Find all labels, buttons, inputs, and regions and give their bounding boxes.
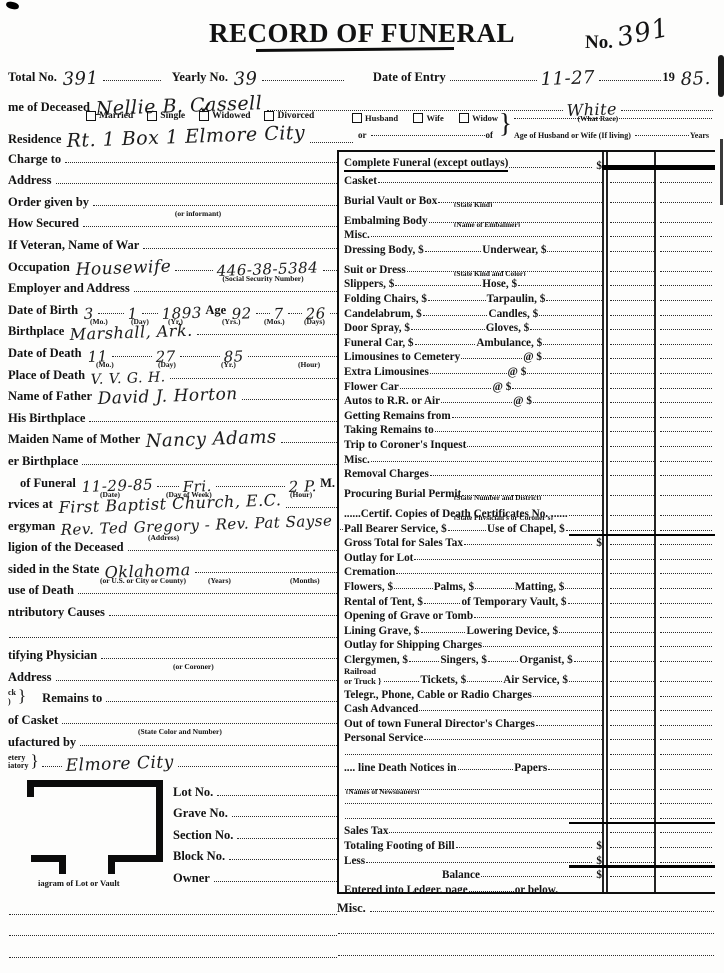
checkbox-wife: Wife xyxy=(413,113,443,123)
scan-artifact xyxy=(720,139,723,205)
brace: } xyxy=(499,108,512,139)
charge-label: Totaling Footing of Bill xyxy=(344,840,455,852)
field-date-of-birth: Date of Birth 3 1 1893 Age 92 7 26 (Mo.)… xyxy=(8,301,338,323)
dotted-leader xyxy=(394,588,433,589)
checkbox-label: Husband xyxy=(365,113,398,123)
stacked-label: Railroador Truck } xyxy=(344,667,381,686)
amount-cell xyxy=(660,329,712,330)
charge-label: Tickets, $ xyxy=(420,674,466,686)
charge-row: Limousines to Cemetery@ $ xyxy=(344,349,715,364)
dotted-leader xyxy=(103,80,161,81)
charge-label-area: Funeral Car, $Ambulance, $ xyxy=(344,337,607,349)
blank-dotted-line xyxy=(8,625,338,647)
field-label: Remains to xyxy=(42,691,102,706)
diagram-line xyxy=(27,780,163,787)
dotted-leader xyxy=(456,847,593,848)
charge-label-area: Flowers, $Palms, $Matting, $ xyxy=(344,581,607,593)
amount-cell xyxy=(660,681,712,682)
dotted-leader xyxy=(488,661,518,662)
entry-row: Total No. 391 Yearly No. 39 Date of Entr… xyxy=(8,58,714,85)
dotted-leader xyxy=(461,358,522,359)
field-employer-address: Employer and Address xyxy=(8,280,338,302)
field-label: Address xyxy=(8,670,52,685)
dotted-leader xyxy=(467,681,502,682)
charge-label: Complete Funeral (except outlays) xyxy=(344,157,508,172)
amount-cell xyxy=(610,315,654,316)
amount-cell xyxy=(660,202,712,203)
field-label: Misc. xyxy=(337,901,366,916)
charge-label-area: Flower Car@ $ xyxy=(344,381,607,393)
amount-cell xyxy=(610,681,654,682)
charge-label-area: Door Spray, $Gloves, $ xyxy=(344,322,607,334)
checkbox-icon xyxy=(459,113,469,123)
dotted-leader xyxy=(389,832,604,833)
charge-label: Outlay for Lot xyxy=(344,552,413,564)
dotted-leader xyxy=(533,696,604,697)
ruled-total-line xyxy=(602,165,715,170)
amount-cell xyxy=(610,573,654,574)
amount-cell xyxy=(660,661,712,662)
dotted-leader xyxy=(98,313,124,314)
charge-sublabel: (State Kind) xyxy=(454,200,492,207)
charge-row: Less$ xyxy=(344,852,715,867)
dotted-leader xyxy=(9,637,337,638)
charge-row: Flower Car@ $ xyxy=(344,378,715,393)
dotted-leader xyxy=(395,285,481,286)
amount-cell xyxy=(610,358,654,359)
charge-row: ......Certif. Copies of Death Certificat… xyxy=(344,500,715,520)
charge-label: Sales Tax xyxy=(344,825,388,837)
dotted-leader xyxy=(310,142,353,143)
dotted-leader xyxy=(452,417,604,418)
dotted-leader xyxy=(415,344,476,345)
amount-cell xyxy=(610,475,654,476)
amount-cell xyxy=(610,847,654,848)
amount-cell xyxy=(660,300,712,301)
amount-cell xyxy=(610,789,654,790)
charge-label: Cremation xyxy=(344,566,395,578)
dotted-leader xyxy=(217,795,337,796)
field-label: Place of Death xyxy=(8,368,85,383)
yearly-no-handwriting: 39 xyxy=(233,70,258,89)
blank-dotted-line xyxy=(337,921,715,943)
charge-label: Limousines to Cemetery xyxy=(344,351,460,363)
charge-label: Dressing Body, $ xyxy=(344,244,424,256)
charge-label-area: Suit or Dress(State Kind and Color) xyxy=(344,264,607,276)
charge-label: Misc. xyxy=(344,454,370,466)
amount-cell xyxy=(610,251,654,252)
charge-label: Balance xyxy=(442,869,480,881)
charge-label: Gross Total for Sales Tax xyxy=(344,537,463,549)
amount-cell xyxy=(610,632,654,633)
charge-row xyxy=(344,808,715,823)
charge-row: Opening of Grave or Tomb xyxy=(344,608,715,623)
charge-label: Taking Remains to xyxy=(344,424,434,436)
dotted-leader xyxy=(9,957,337,958)
amount-cell xyxy=(660,285,712,286)
dotted-leader xyxy=(371,461,604,462)
amount-cell xyxy=(660,818,712,819)
dotted-leader xyxy=(548,769,604,770)
charge-label: Opening of Grave or Tomb xyxy=(344,610,473,622)
amount-cell xyxy=(660,544,712,545)
amount-cell xyxy=(660,315,712,316)
charge-label: Flowers, $ xyxy=(344,581,393,593)
dotted-leader xyxy=(345,754,604,755)
charge-row xyxy=(344,794,715,809)
charge-label-area: Totaling Footing of Bill$ xyxy=(344,840,607,852)
charge-label: Flower Car xyxy=(344,381,399,393)
field-label: tifying Physician xyxy=(8,648,97,663)
charge-label-area: Cremation xyxy=(344,566,607,578)
charge-row: Embalming Body(Name of Embalmer) xyxy=(344,207,715,227)
amount-cell xyxy=(610,661,654,662)
charge-row: Lining Grave, $Lowering Device, $ xyxy=(344,622,715,637)
field-clergyman: ergyman Rev. Ted Gregory - Rev. Pat Says… xyxy=(8,517,338,539)
field-date-of-funeral: of Funeral 11-29-85 Fri. 2 P. M. (Date) … xyxy=(8,474,338,496)
dotted-leader xyxy=(216,486,284,487)
dotted-leader xyxy=(569,681,604,682)
charge-sublabel: (Name of Embalmer) xyxy=(454,220,520,227)
amount-cell xyxy=(660,417,712,418)
field-label: Lot No. xyxy=(173,785,213,800)
date-of-entry-handwriting: 11-27 xyxy=(540,69,595,89)
amount-cell xyxy=(610,725,654,726)
diagram-line xyxy=(27,780,34,797)
dotted-leader xyxy=(424,739,604,740)
dotted-leader xyxy=(229,859,337,860)
field-physician-address: Address xyxy=(8,668,338,690)
field-owner: Owner xyxy=(173,868,338,890)
dotted-leader xyxy=(530,329,604,330)
bottom-misc-block: Misc. xyxy=(337,899,715,965)
residence-label: Residence xyxy=(8,132,61,147)
charge-label: Cash Advanced xyxy=(344,703,418,715)
charge-label-area: Embalming Body(Name of Embalmer) xyxy=(344,215,607,227)
dotted-leader xyxy=(83,226,337,227)
amount-cell xyxy=(610,646,654,647)
dotted-leader xyxy=(78,593,337,594)
amount-cell xyxy=(610,559,654,560)
record-of-funeral-form: RECORD OF FUNERAL No. 391 Total No. 391 … xyxy=(0,0,724,973)
amount-cell xyxy=(660,769,712,770)
dotted-leader xyxy=(414,559,604,560)
year-prefix: 19 xyxy=(662,70,675,85)
charge-label-area: Candelabrum, $Candles, $ xyxy=(344,308,607,320)
field-label: Address xyxy=(8,173,52,188)
dotted-leader xyxy=(514,118,712,119)
field-veteran-war: If Veteran, Name of War xyxy=(8,236,338,258)
field-label: Block No. xyxy=(173,849,225,864)
amount-cell xyxy=(610,739,654,740)
dotted-leader xyxy=(195,572,337,573)
field-label: ntributory Causes xyxy=(8,605,105,620)
charge-row: Trip to Coroner's Inquest xyxy=(344,436,715,451)
dotted-leader xyxy=(370,911,714,912)
or-label: or xyxy=(358,130,367,140)
field-label: ligion of the Deceased xyxy=(8,540,124,555)
charge-sublabel: (State Physician's or Coroner's) xyxy=(454,513,553,520)
charge-label: Lining Grave, $ xyxy=(344,625,420,637)
field-label: Order given by xyxy=(8,195,89,210)
field-label: Birthplace xyxy=(8,324,64,339)
field-his-birthplace: His Birthplace xyxy=(8,409,338,431)
diagram-line xyxy=(59,855,66,874)
field-of-casket: of Casket (State Color and Number) xyxy=(8,711,338,733)
dotted-leader xyxy=(569,515,604,516)
dotted-leader xyxy=(378,182,604,183)
charge-label: Lowering Device, $ xyxy=(466,625,558,637)
charge-label: Autos to R.R. or Air xyxy=(344,395,440,407)
dotted-leader xyxy=(400,388,492,389)
amount-cell xyxy=(660,789,712,790)
amount-cell xyxy=(660,588,712,589)
dotted-leader xyxy=(435,431,604,432)
scan-artifact xyxy=(5,1,19,11)
meridiem-label: M. xyxy=(320,476,335,491)
dotted-leader xyxy=(419,710,604,711)
charge-label: Papers xyxy=(514,762,547,774)
total-no-handwriting: 391 xyxy=(62,70,98,89)
dotted-leader xyxy=(281,442,337,443)
field-lot-no: Lot No. xyxy=(173,782,338,804)
charge-label: Rental of Tent, $ xyxy=(344,596,423,608)
charge-label-area: .... line Death Notices inPapers xyxy=(344,762,607,774)
amount-cell xyxy=(660,862,712,863)
amount-cell xyxy=(610,202,654,203)
dotted-leader xyxy=(80,745,337,746)
charge-label-area: Slippers, $Hose, $ xyxy=(344,278,607,290)
birthplace-handwriting: Marshall, Ark. xyxy=(70,323,193,343)
charge-label-area: ......Certif. Copies of Death Certificat… xyxy=(344,508,607,520)
dotted-leader xyxy=(180,356,220,357)
amount-cell xyxy=(660,251,712,252)
amount-cell xyxy=(610,530,654,531)
brace: } xyxy=(30,751,38,771)
field-her-birthplace: er Birthplace xyxy=(8,452,338,474)
cemetery-handwriting: Elmore City xyxy=(65,754,174,775)
field-label: Section No. xyxy=(173,828,233,843)
amount-cell xyxy=(610,769,654,770)
charge-label: of Temporary Vault, $ xyxy=(461,596,566,608)
field-resided-in-state: sided in the State Oklahoma (or U.S. or … xyxy=(8,560,338,582)
amount-cell xyxy=(610,344,654,345)
dotted-leader xyxy=(101,658,337,659)
charge-row: Removal Charges xyxy=(344,466,715,481)
amount-cell xyxy=(610,515,654,516)
amount-cell xyxy=(610,402,654,403)
field-contributory-causes: ntributory Causes xyxy=(8,603,338,625)
blank-dotted-line xyxy=(8,924,338,946)
charge-label-area: Trip to Coroner's Inquest xyxy=(344,439,607,451)
charge-row: Misc. xyxy=(344,451,715,466)
year-handwriting: 85. xyxy=(680,70,711,89)
amount-cell xyxy=(660,530,712,531)
field-label: Date of Birth xyxy=(8,303,78,318)
charge-row: Cash Advanced xyxy=(344,701,715,716)
charge-label-area: Telegr., Phone, Cable or Radio Charges xyxy=(344,689,607,701)
fragment-line: ) xyxy=(8,698,16,707)
field-label: sided in the State xyxy=(8,562,99,577)
field-label: Employer and Address xyxy=(8,281,130,296)
field-occupation: Occupation Housewife 446-38-5384 (Social… xyxy=(8,258,338,280)
dotted-leader xyxy=(345,818,604,819)
residence-handwriting: Rt. 1 Box 1 Elmore City xyxy=(67,124,306,151)
field-label: Name of Father xyxy=(8,389,92,404)
amount-cell xyxy=(660,236,712,237)
dotted-leader xyxy=(430,373,507,374)
dotted-leader xyxy=(371,135,485,136)
charge-label: Use of Chapel, $ xyxy=(487,523,565,535)
handwritten-check-mark: ✓ xyxy=(198,100,212,117)
amount-cell xyxy=(610,182,654,183)
dotted-leader xyxy=(175,270,213,271)
charge-label-area: Less$ xyxy=(344,855,607,867)
charge-label: Out of town Funeral Director's Charges xyxy=(344,718,535,730)
dotted-leader xyxy=(65,162,337,163)
charge-row: Outlay for Lot xyxy=(344,549,715,564)
amount-cell xyxy=(660,182,712,183)
dotted-leader xyxy=(197,334,337,335)
field-certifying-physician: tifying Physician (or Coroner) xyxy=(8,647,338,669)
dotted-leader xyxy=(178,766,337,767)
amount-cell xyxy=(610,271,654,272)
dotted-leader xyxy=(464,544,592,545)
charge-label-area: Opening of Grave or Tomb xyxy=(344,610,607,622)
checkbox-icon xyxy=(413,113,423,123)
charge-label-area: Balance$ xyxy=(344,869,607,881)
charge-row: Casket xyxy=(344,172,715,187)
charge-row: Clergymen, $Singers, $Organist, $ xyxy=(344,651,715,666)
charge-row: Flowers, $Palms, $Matting, $ xyxy=(344,578,715,593)
charge-label: Procuring Burial Permit xyxy=(344,488,461,500)
amount-cell xyxy=(610,832,654,833)
field-label: Maiden Name of Mother xyxy=(8,432,140,447)
lot-fields: Lot No. Grave No. Section No. Block No. … xyxy=(173,782,338,890)
charge-label: Clergymen, $ xyxy=(344,654,408,666)
field-label: Grave No. xyxy=(173,806,228,821)
field-maiden-name-of-mother: Maiden Name of Mother Nancy Adams xyxy=(8,431,338,453)
amount-cell xyxy=(660,344,712,345)
charge-label-area: Lining Grave, $Lowering Device, $ xyxy=(344,625,607,637)
dotted-leader xyxy=(448,530,486,531)
charge-label: Personal Service xyxy=(344,732,423,744)
charge-label-area: Outlay for Shipping Charges xyxy=(344,639,607,651)
charge-label-area: Clergymen, $Singers, $Organist, $ xyxy=(344,654,607,666)
race-entry: White (What Race) xyxy=(564,101,620,115)
occupation-handwriting: Housewife xyxy=(75,258,171,278)
dotted-leader xyxy=(248,356,337,357)
dotted-leader xyxy=(286,507,337,508)
field-section-no: Section No. xyxy=(173,825,338,847)
dotted-leader xyxy=(89,421,337,422)
amount-cell xyxy=(610,544,654,545)
charge-row: (Names of Newspapers) xyxy=(344,774,715,794)
title-underline xyxy=(256,47,454,52)
dotted-leader xyxy=(565,588,604,589)
dotted-leader xyxy=(56,680,337,681)
charge-sublabel: (State Number and District) xyxy=(454,493,541,500)
amount-cell xyxy=(660,358,712,359)
age-label: Age xyxy=(205,303,226,318)
spouse-age-label: Age of Husband or Wife (If living) xyxy=(514,131,631,140)
field-label: Charge to xyxy=(8,152,61,167)
dotted-leader xyxy=(547,251,604,252)
charge-row: Candelabrum, $Candles, $ xyxy=(344,305,715,320)
charge-row: Entered into Ledger, pageor below. xyxy=(344,881,715,894)
cutoff-fragment: ck ) xyxy=(8,689,16,707)
blank-dotted-line xyxy=(8,902,338,924)
diagram-line xyxy=(108,855,163,862)
dotted-leader xyxy=(128,550,337,551)
charge-row: Balance$ xyxy=(344,867,715,882)
field-label: Occupation xyxy=(8,260,70,275)
dotted-leader xyxy=(546,300,604,301)
charge-label-area: Limousines to Cemetery@ $ xyxy=(344,351,607,363)
dotted-leader xyxy=(143,248,337,249)
dotted-leader xyxy=(56,183,337,184)
charge-label-area: Personal Service xyxy=(344,732,607,744)
amount-cell xyxy=(660,573,712,574)
charge-label-area: Folding Chairs, $Tarpaulin, $ xyxy=(344,293,607,305)
field-label: If Veteran, Name of War xyxy=(8,238,139,253)
dotted-leader xyxy=(93,205,337,206)
charge-label-area: Out of town Funeral Director's Charges xyxy=(344,718,607,730)
dotted-leader xyxy=(539,315,604,316)
amount-cell xyxy=(610,588,654,589)
charge-label-area: Railroador Truck }Tickets, $Air Service,… xyxy=(344,667,607,686)
charge-sublabel: (State Kind and Color) xyxy=(454,269,526,276)
spouse-age-row: Age of Husband or Wife (If living) Years xyxy=(514,131,712,140)
charge-label-area: Rental of Tent, $of Temporary Vault, $ xyxy=(344,596,607,608)
charge-label: or below. xyxy=(515,884,558,894)
dotted-leader xyxy=(409,661,439,662)
dotted-leader xyxy=(568,603,605,604)
charge-row: Sales Tax xyxy=(344,823,715,838)
blank-dotted-line xyxy=(8,945,338,967)
charge-row xyxy=(344,744,715,759)
amount-cell xyxy=(660,739,712,740)
amount-cell xyxy=(660,696,712,697)
charge-label: Burial Vault or Box xyxy=(344,195,437,207)
amount-cell xyxy=(610,329,654,330)
dotted-leader xyxy=(458,769,514,770)
charge-row: Procuring Burial Permit(State Number and… xyxy=(344,480,715,500)
charge-label: Palms, $ xyxy=(434,581,474,593)
years-label: Years xyxy=(690,131,709,140)
field-grave-no: Grave No. xyxy=(173,804,338,826)
charge-label: Less xyxy=(344,855,365,867)
dotted-leader xyxy=(112,356,152,357)
charge-label: Outlay for Shipping Charges xyxy=(344,639,482,651)
dotted-leader xyxy=(543,358,604,359)
amount-cell xyxy=(660,876,712,877)
dotted-leader xyxy=(518,285,604,286)
fragment-line: iatory xyxy=(8,762,28,771)
dotted-leader xyxy=(371,236,604,237)
diagram-caption: iagram of Lot or Vault xyxy=(38,878,120,888)
dotted-leader xyxy=(536,725,604,726)
charge-label: Telegr., Phone, Cable or Radio Charges xyxy=(344,689,532,701)
dotted-leader xyxy=(474,617,604,618)
checkbox-husband: Husband xyxy=(352,113,398,123)
field-cemetery-crematory: etery iatory } Elmore City xyxy=(8,755,338,777)
cutoff-fragment: etery iatory xyxy=(8,754,28,772)
amount-cell xyxy=(660,431,712,432)
amount-cell xyxy=(660,710,712,711)
amount-cell xyxy=(610,461,654,462)
charge-label: @ $ xyxy=(523,351,542,363)
